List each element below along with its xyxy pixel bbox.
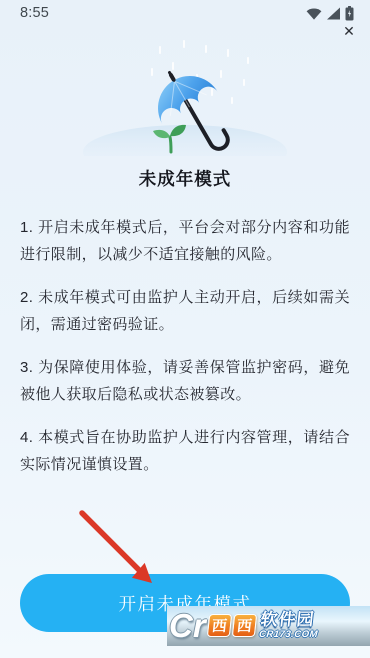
- xixi-tiles: 西 西: [208, 614, 256, 637]
- status-icons: [306, 6, 354, 21]
- page-title: 未成年模式: [0, 166, 370, 191]
- cellular-signal-icon: [326, 7, 341, 20]
- xixi-tile: 西: [231, 614, 256, 637]
- cr-logo: Cr: [169, 609, 206, 642]
- xixi-tile: 西: [206, 614, 231, 637]
- status-bar: 8:55: [0, 0, 370, 24]
- rule-item-2: 2. 未成年模式可由监护人主动开启，后续如需关闭，需通过密码验证。: [20, 284, 350, 338]
- wifi-icon: [306, 7, 322, 20]
- cr173-watermark: Cr 西 西 软件园 CR173.COM: [167, 606, 370, 646]
- ground-mound: [83, 125, 287, 156]
- minor-mode-screen: 8:55 ✕: [0, 0, 370, 658]
- rule-item-1: 1. 开启未成年模式后，平台会对部分内容和功能进行限制，以减少不适宜接触的风险。: [20, 214, 350, 268]
- description-list: 1. 开启未成年模式后，平台会对部分内容和功能进行限制，以减少不适宜接触的风险。…: [0, 214, 370, 494]
- umbrella-illustration: [0, 36, 370, 156]
- rule-item-4: 4. 本模式旨在协助监护人进行内容管理，请结合实际情况谨慎设置。: [20, 424, 350, 478]
- site-url: CR173.COM: [258, 629, 318, 640]
- softpark-name: 软件园: [259, 611, 315, 629]
- rule-item-3: 3. 为保障使用体验，请妥善保管监护密码，避免被他人获取后隐私或状态被篡改。: [20, 354, 350, 408]
- battery-icon: [345, 6, 354, 21]
- watermark-text: 软件园 CR173.COM: [258, 611, 320, 640]
- clock: 8:55: [20, 5, 49, 21]
